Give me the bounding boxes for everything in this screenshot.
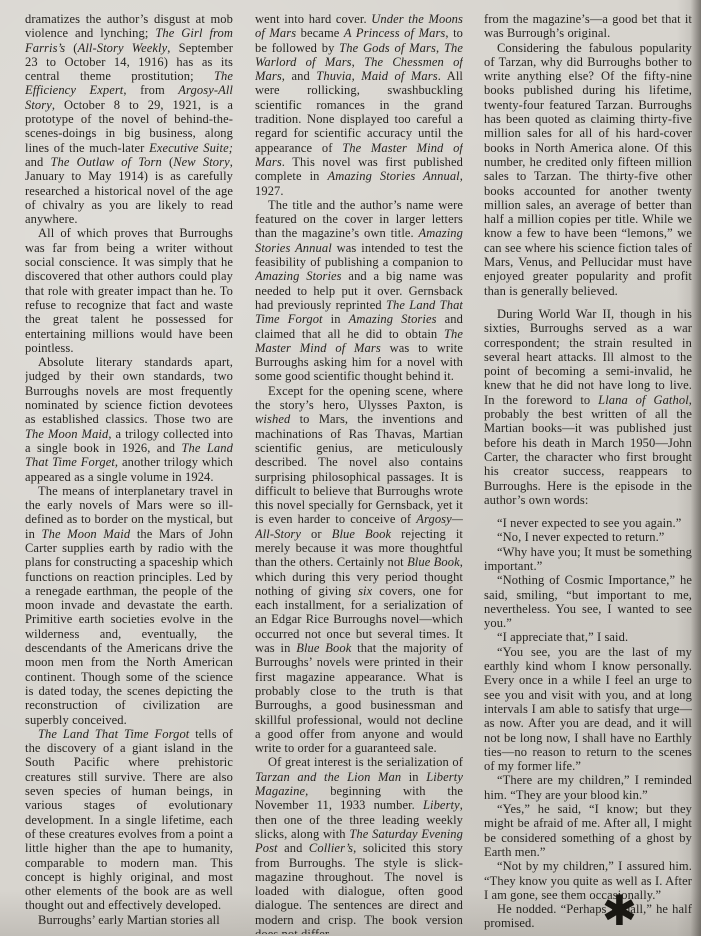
italic-title-text: All-Story Weekly (78, 41, 168, 55)
paragraph: “I appreciate that,” I said. (484, 630, 692, 644)
body-text-run: , from (123, 83, 178, 97)
body-text-run: in (401, 770, 426, 784)
italic-title-text: The Land That Time Forgot (38, 727, 189, 741)
paragraph: “Why have you; It must be something impo… (484, 545, 692, 574)
paragraph: “Not by my children,” I assured him. “Th… (484, 859, 692, 902)
paragraph: dramatizes the author’s disgust at mob v… (25, 12, 233, 226)
body-text-run: and (25, 155, 50, 169)
italic-title-text: Blue Book (296, 641, 351, 655)
paragraph: “Nothing of Cosmic Importance,” he said,… (484, 573, 692, 630)
body-text-run: Of great interest is the serialization o… (268, 755, 463, 769)
italic-title-text: The Moon Maid (42, 527, 131, 541)
italic-title-text: Collier’s (309, 841, 353, 855)
body-text-run: Except for the opening scene, where the … (255, 384, 463, 412)
body-text-run: , solicited this story from Burroughs. T… (255, 841, 463, 934)
body-text-run: Absolute literary standards apart, judge… (25, 355, 233, 426)
paragraph: went into hard cover. Under the Moons of… (255, 12, 463, 198)
paragraph: “I never expected to see you again.” (484, 516, 692, 530)
paragraph: “There are my children,” I reminded him.… (484, 773, 692, 802)
body-text-run: All of which proves that Burroughs was f… (25, 226, 233, 354)
body-text-run: Burroughs’ early Martian stories all (38, 913, 220, 927)
paragraph: He nodded. “Perhaps I shall,” he half pr… (484, 902, 692, 931)
body-text-run: , (436, 41, 444, 55)
paragraph: from the magazine’s—a good bet that it w… (484, 12, 692, 41)
italic-title-text: Blue Book (332, 527, 391, 541)
body-text-run: or (301, 527, 332, 541)
body-text-run: that the majority of Burroughs’ novels w… (255, 641, 463, 755)
italic-title-text: Executive Suite; (149, 141, 233, 155)
body-text-run: Considering the fabulous popularity of T… (484, 41, 692, 298)
body-text-run: to Mars, the inventions and machinations… (255, 412, 463, 526)
paragraph: Of great interest is the serialization o… (255, 755, 463, 934)
body-text-run: the Mars of John Carter supplies earth b… (25, 527, 233, 727)
paragraph: The title and the author’s name were fea… (255, 198, 463, 384)
paragraph: “Yes,” he said, “I know; but they might … (484, 802, 692, 859)
italic-title-text: Llana of Gathol (598, 393, 689, 407)
paragraph: All of which proves that Burroughs was f… (25, 226, 233, 355)
italic-title-text: Amazing Stories (255, 269, 342, 283)
italic-title-text: Thuvia, Maid of Mars (316, 69, 437, 83)
paragraph: The means of interplanetary travel in th… (25, 484, 233, 727)
body-text-run: “Nothing of Cosmic Importance,” he said,… (484, 573, 692, 630)
paragraph: Considering the fabulous popularity of T… (484, 41, 692, 298)
paragraph: During World War II, though in his sixti… (484, 307, 692, 507)
body-text-run: “Yes,” he said, “I know; but they might … (484, 802, 692, 859)
italic-title-text: Blue Book (407, 555, 460, 569)
body-text-run: “Not by my children,” I assured him. “Th… (484, 859, 692, 902)
body-text-run: from the magazine’s—a good bet that it w… (484, 12, 692, 40)
body-text-run: , (352, 55, 364, 69)
body-text-run: went into hard cover. (255, 12, 371, 26)
italic-title-text: Tarzan and the Lion Man (255, 770, 401, 784)
body-text-run: “Why have you; It must be something impo… (484, 545, 692, 573)
italic-title-text: A Princess of Mars (344, 26, 445, 40)
text-column-3: from the magazine’s—a good bet that it w… (484, 12, 692, 934)
body-text-run: , probably the best written of all the M… (484, 393, 692, 507)
italic-title-text: The Moon Maid (25, 427, 108, 441)
magazine-page: dramatizes the author’s disgust at mob v… (0, 0, 701, 936)
italic-title-text: Amazing Stories (349, 312, 437, 326)
body-text-run: ( (162, 155, 173, 169)
italic-title-text: Amazing Stories Annual (327, 169, 459, 183)
paragraph: Absolute literary standards apart, judge… (25, 355, 233, 484)
paragraph: Except for the opening scene, where the … (255, 384, 463, 756)
italic-title-text: wished (255, 412, 290, 426)
body-text-run: “You see, you are the last of my earthly… (484, 645, 692, 773)
body-text-run: “There are my children,” I reminded him.… (484, 773, 692, 801)
body-text-run: ( (65, 41, 77, 55)
body-text-run: in (323, 312, 349, 326)
body-text-run: became (296, 26, 344, 40)
body-text-run: “I never expected to see you again.” (497, 516, 681, 530)
italic-title-text: six (358, 584, 372, 598)
text-column-1: dramatizes the author’s disgust at mob v… (25, 12, 233, 934)
paragraph: Burroughs’ early Martian stories all (25, 913, 233, 927)
body-text-run: , and (282, 69, 317, 83)
italic-title-text: The Gods of Mars (339, 41, 436, 55)
body-text-run: tells of the discovery of a giant island… (25, 727, 233, 913)
italic-title-text: Liberty (423, 798, 460, 812)
paragraph: “No, I never expected to return.” (484, 530, 692, 544)
body-text-run: “No, I never expected to return.” (497, 530, 664, 544)
italic-title-text: The Outlaw of Torn (50, 155, 161, 169)
italic-title-text: New Story (173, 155, 230, 169)
body-text-run: He nodded. “Perhaps I shall,” he half pr… (484, 902, 692, 930)
body-text-run: and (278, 841, 309, 855)
body-text-run: “I appreciate that,” I said. (497, 630, 628, 644)
end-of-article-asterisk: ✱ (602, 890, 637, 932)
text-column-2: went into hard cover. Under the Moons of… (255, 12, 463, 934)
paragraph: The Land That Time Forgot tells of the d… (25, 727, 233, 913)
paragraph: “You see, you are the last of my earthly… (484, 645, 692, 774)
